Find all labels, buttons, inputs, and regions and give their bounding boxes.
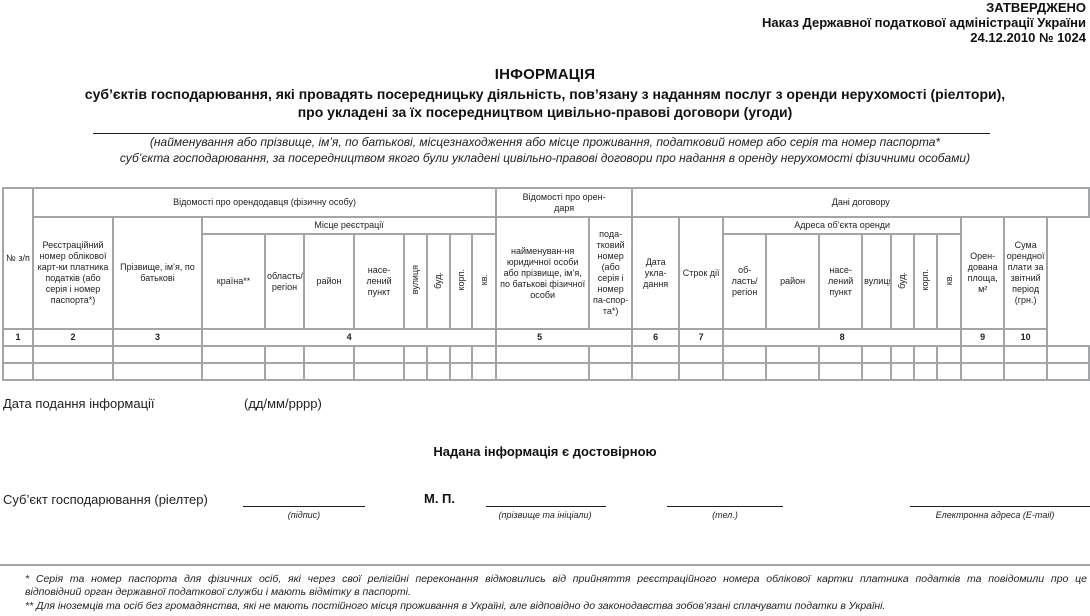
email-field[interactable] bbox=[910, 506, 1090, 507]
col-num: 4 bbox=[202, 329, 496, 346]
lease-info-table: № з/п Відомості про орендодавця (фізичну… bbox=[2, 187, 1090, 381]
table-cell[interactable] bbox=[589, 363, 632, 380]
header-obj-apartment: кв. bbox=[937, 234, 961, 329]
table-cell[interactable] bbox=[679, 346, 723, 363]
header-tenant-tax: пода-тковий номер (або серія і номер па-… bbox=[589, 217, 632, 329]
header-country: країна** bbox=[202, 234, 265, 329]
table-cell[interactable] bbox=[1004, 346, 1047, 363]
header-district: район bbox=[304, 234, 354, 329]
table-cell[interactable] bbox=[472, 363, 496, 380]
subject-hint-line1: (найменування або прізвище, ім’я, по бат… bbox=[0, 135, 1090, 149]
table-cell[interactable] bbox=[937, 346, 961, 363]
table-cell[interactable] bbox=[202, 363, 265, 380]
approval-block: ЗАТВЕРДЖЕНО Наказ Державної податкової а… bbox=[762, 0, 1086, 45]
col-num: 9 bbox=[961, 329, 1004, 346]
col-num: 10 bbox=[1004, 329, 1047, 346]
table-cell[interactable] bbox=[450, 346, 472, 363]
group-object-address: Адреса об’єкта оренди bbox=[723, 217, 961, 234]
confirmation-statement: Надана інформація є достовірною bbox=[0, 444, 1090, 459]
column-number-row: 1 2 3 4 5 6 7 8 9 10 bbox=[3, 329, 1089, 346]
header-building: буд. bbox=[427, 234, 450, 329]
header-settlement: насе-лений пункт bbox=[354, 234, 404, 329]
header-reg-number: Реєстраційний номер облікової карт-ки пл… bbox=[33, 217, 113, 329]
submission-date-label: Дата подання інформації bbox=[3, 396, 155, 411]
table-cell[interactable] bbox=[679, 363, 723, 380]
header-block: корп. bbox=[450, 234, 472, 329]
header-tenant-name: найменуван-ня юридичної особи або прізви… bbox=[496, 217, 589, 329]
table-cell[interactable] bbox=[3, 363, 33, 380]
document-title: ІНФОРМАЦІЯ bbox=[0, 66, 1090, 83]
header-full-name: Прізвище, ім’я, по батькові bbox=[113, 217, 202, 329]
table-cell[interactable] bbox=[766, 363, 819, 380]
email-caption: Електронна адреса (E-mail) bbox=[900, 510, 1090, 520]
col-num: 1 bbox=[3, 329, 33, 346]
table-cell[interactable] bbox=[450, 363, 472, 380]
table-cell[interactable] bbox=[766, 346, 819, 363]
header-obj-settlement: насе-лений пункт bbox=[819, 234, 862, 329]
header-street: вулиця bbox=[404, 234, 427, 329]
header-obj-district: район bbox=[766, 234, 819, 329]
header-num: № з/п bbox=[3, 188, 33, 329]
header-obj-region: об-ласть/ регіон bbox=[723, 234, 766, 329]
header-obj-building: буд. bbox=[891, 234, 914, 329]
table-cell[interactable] bbox=[961, 346, 1004, 363]
approval-date: 24.12.2010 № 1024 bbox=[762, 30, 1086, 45]
table-cell[interactable] bbox=[113, 363, 202, 380]
phone-field[interactable] bbox=[667, 506, 783, 507]
header-area: Орен-дована площа, м² bbox=[961, 217, 1004, 329]
table-cell[interactable] bbox=[33, 363, 113, 380]
group-lessor: Відомості про орендодавця (фізичну особу… bbox=[33, 188, 496, 217]
col-num: 7 bbox=[679, 329, 723, 346]
table-cell[interactable] bbox=[496, 346, 589, 363]
subject-label: Суб’єкт господарювання (ріелтер) bbox=[3, 492, 208, 507]
document-subtitle-line2: про укладені за їх посередництвом цивіль… bbox=[0, 104, 1090, 120]
header-date: Дата укла-дання bbox=[632, 217, 679, 329]
table-cell[interactable] bbox=[265, 346, 304, 363]
table-cell[interactable] bbox=[404, 346, 427, 363]
table-cell[interactable] bbox=[33, 346, 113, 363]
table-cell[interactable] bbox=[632, 346, 679, 363]
table-cell[interactable] bbox=[723, 363, 766, 380]
table-cell[interactable] bbox=[427, 363, 450, 380]
header-obj-block: корп. bbox=[914, 234, 937, 329]
approval-order: Наказ Державної податкової адміністрації… bbox=[762, 15, 1086, 30]
table-row bbox=[3, 363, 1089, 380]
table-cell[interactable] bbox=[354, 346, 404, 363]
footnote-1-line1: * Серія та номер паспорта для фізичних о… bbox=[25, 573, 1087, 586]
table-cell[interactable] bbox=[914, 346, 937, 363]
footnote-divider bbox=[0, 564, 1090, 566]
table-row bbox=[3, 346, 1089, 363]
table-cell[interactable] bbox=[304, 346, 354, 363]
table-cell[interactable] bbox=[632, 363, 679, 380]
document-subtitle-line1: суб’єктів господарювання, які провадять … bbox=[0, 86, 1090, 102]
col-num: 3 bbox=[113, 329, 202, 346]
signature-field[interactable] bbox=[243, 506, 365, 507]
table-cell[interactable] bbox=[496, 363, 589, 380]
phone-caption: (тел.) bbox=[667, 510, 783, 520]
table-cell[interactable] bbox=[862, 363, 891, 380]
col-num: 6 bbox=[632, 329, 679, 346]
table-cell[interactable] bbox=[891, 363, 914, 380]
signature-caption: (підпис) bbox=[243, 510, 365, 520]
subject-hint-line2: суб’єкта господарювання, за посередництв… bbox=[0, 151, 1090, 165]
table-cell[interactable] bbox=[961, 363, 1004, 380]
table-cell[interactable] bbox=[1047, 346, 1089, 363]
subject-name-field[interactable] bbox=[93, 133, 990, 134]
footnote-2: ** Для іноземців та осіб без громадянств… bbox=[25, 600, 885, 613]
name-initials-caption: (прізвище та ініціали) bbox=[470, 510, 620, 520]
header-rent-sum: Сума орендної плати за звітний період (г… bbox=[1004, 217, 1047, 329]
table-cell[interactable] bbox=[404, 363, 427, 380]
col-num: 2 bbox=[33, 329, 113, 346]
header-apartment: кв. bbox=[472, 234, 496, 329]
table-cell[interactable] bbox=[427, 346, 450, 363]
header-region: область/ регіон bbox=[265, 234, 304, 329]
stamp-label: М. П. bbox=[424, 491, 455, 506]
table-cell[interactable] bbox=[914, 363, 937, 380]
table-cell[interactable] bbox=[1004, 363, 1047, 380]
group-tenant: Відомості про орен-даря bbox=[496, 188, 632, 217]
table-cell[interactable] bbox=[113, 346, 202, 363]
header-obj-street: вулиця bbox=[862, 234, 891, 329]
table-cell[interactable] bbox=[723, 346, 766, 363]
table-cell[interactable] bbox=[1047, 363, 1089, 380]
footnote-1-line2: відповідний орган державної податкової с… bbox=[25, 586, 411, 599]
header-term: Строк дії bbox=[679, 217, 723, 329]
submission-date-format[interactable]: (дд/мм/рррр) bbox=[244, 396, 322, 411]
table-cell[interactable] bbox=[891, 346, 914, 363]
col-num: 5 bbox=[496, 329, 632, 346]
table-cell[interactable] bbox=[265, 363, 304, 380]
table-cell[interactable] bbox=[937, 363, 961, 380]
table-cell[interactable] bbox=[819, 346, 862, 363]
table-cell[interactable] bbox=[472, 346, 496, 363]
table-cell[interactable] bbox=[819, 363, 862, 380]
table-cell[interactable] bbox=[589, 346, 632, 363]
table-cell[interactable] bbox=[202, 346, 265, 363]
col-num: 8 bbox=[723, 329, 961, 346]
name-initials-field[interactable] bbox=[486, 506, 606, 507]
group-contract: Дані договору bbox=[632, 188, 1089, 217]
group-registration-place: Місце реєстрації bbox=[202, 217, 496, 234]
table-cell[interactable] bbox=[3, 346, 33, 363]
table-cell[interactable] bbox=[354, 363, 404, 380]
approval-status: ЗАТВЕРДЖЕНО bbox=[762, 0, 1086, 15]
table-cell[interactable] bbox=[304, 363, 354, 380]
table-cell[interactable] bbox=[862, 346, 891, 363]
